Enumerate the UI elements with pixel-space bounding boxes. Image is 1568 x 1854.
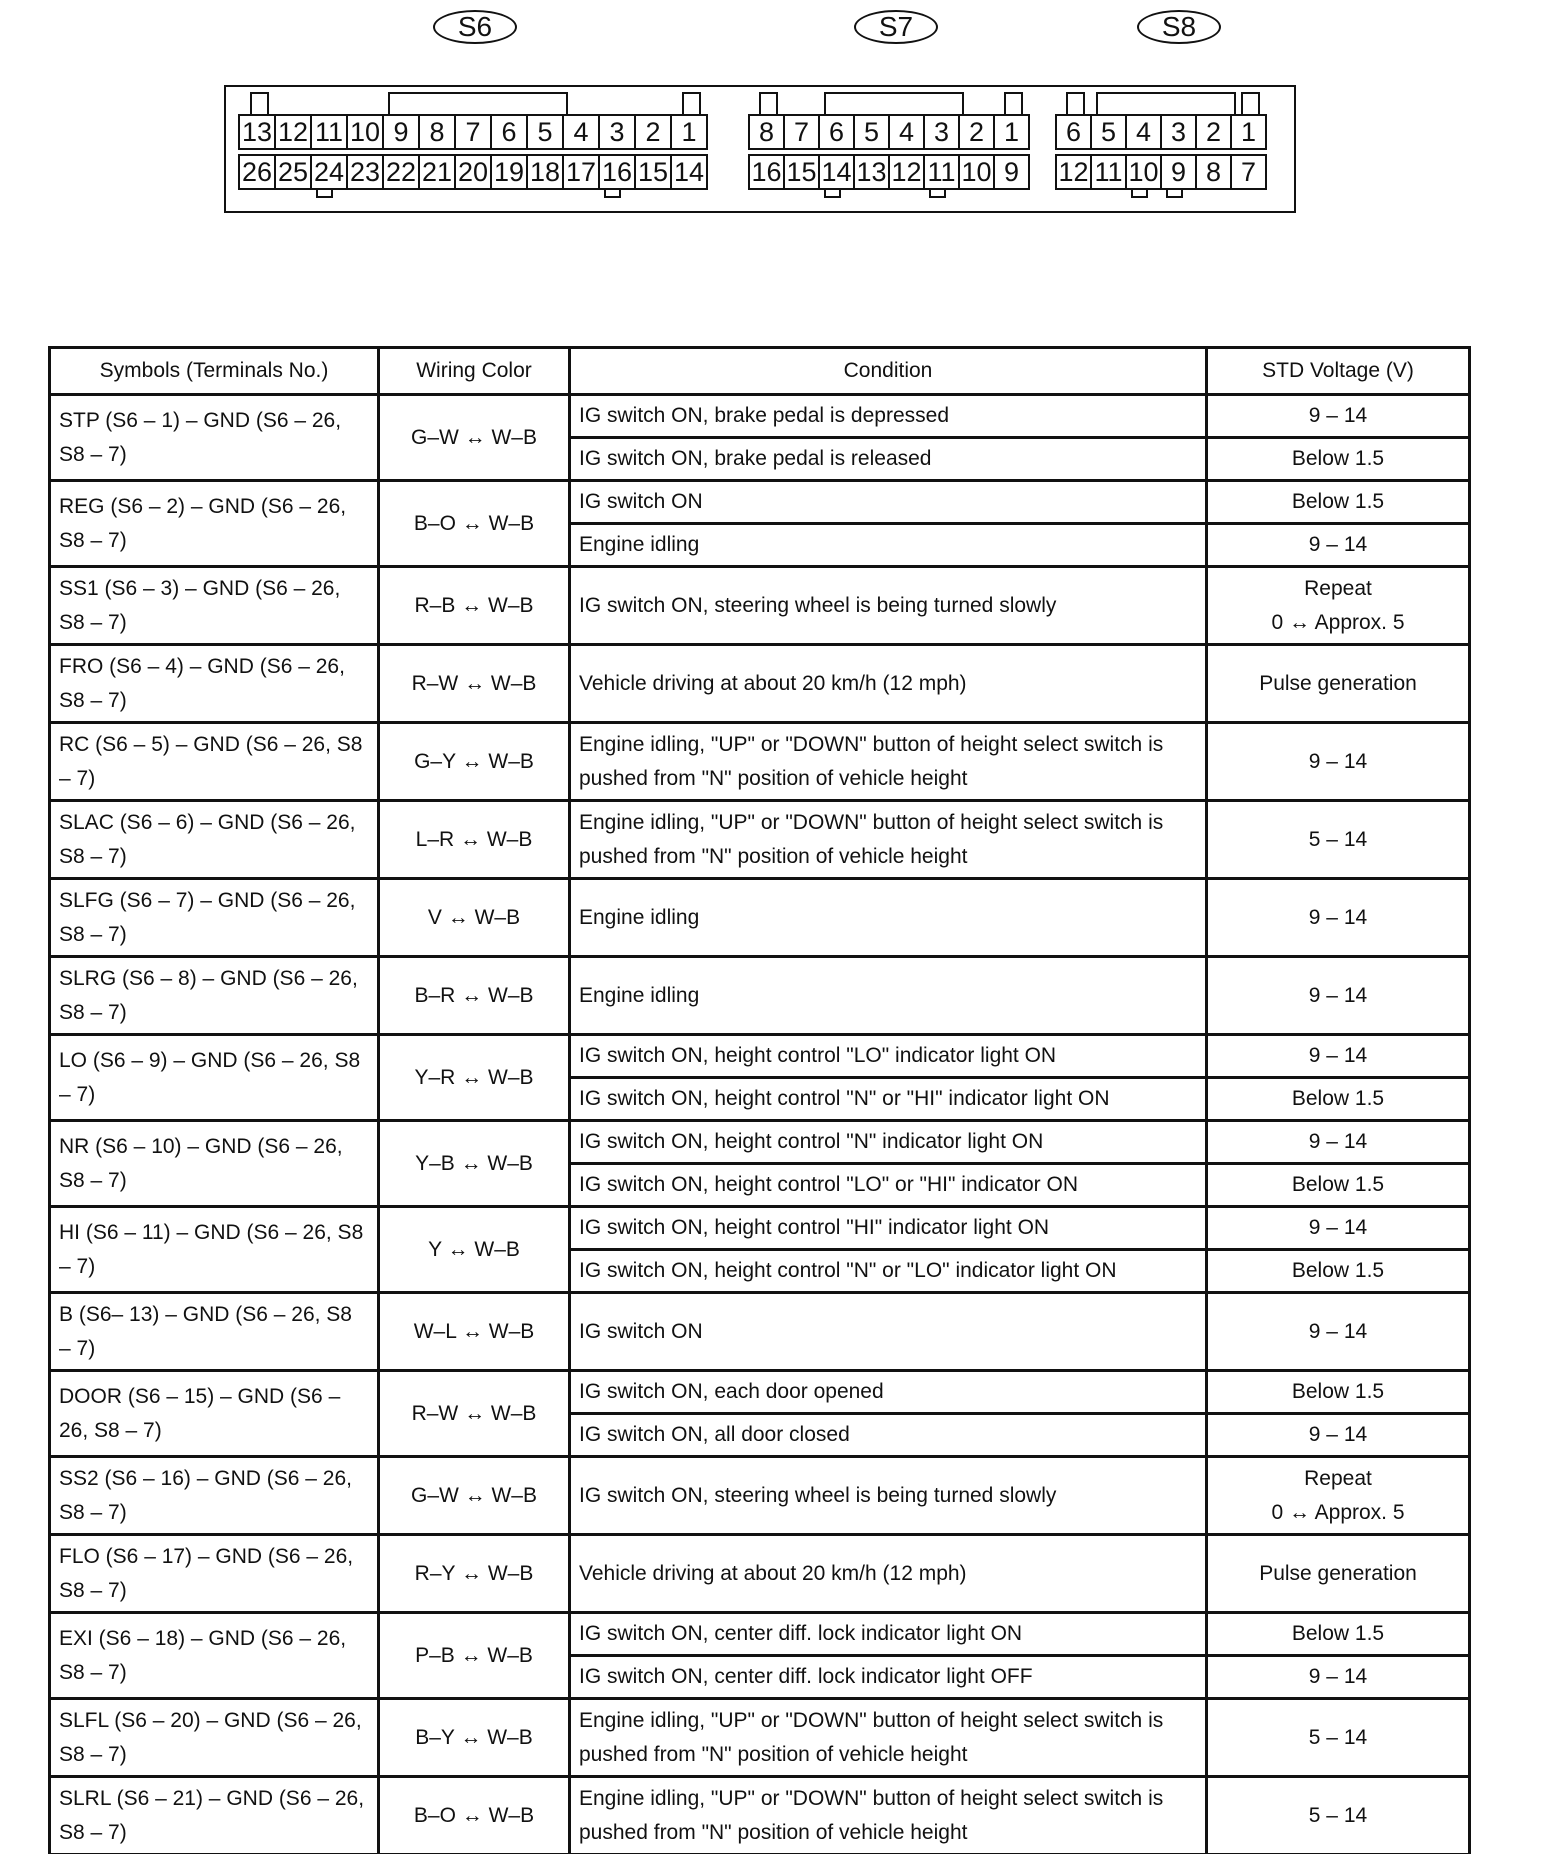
std-voltage-cell: Repeat 0 ↔ Approx. 5 [1207,567,1470,645]
condition-cell: IG switch ON, height control "HI" indica… [570,1207,1207,1250]
condition-cell: IG switch ON, steering wheel is being tu… [570,567,1207,645]
table-row: SLFG (S6 – 7) – GND (S6 – 26, S8 – 7)V ↔… [50,879,1470,957]
std-voltage-cell: 9 – 14 [1207,1656,1470,1699]
wiring-color-cell: G–W ↔ W–B [379,1457,570,1535]
std-voltage-cell: Pulse generation [1207,1535,1470,1613]
terminal-pin: 3 [1160,114,1197,150]
symbol-cell: SLFG (S6 – 7) – GND (S6 – 26, S8 – 7) [50,879,379,957]
std-voltage-cell: 9 – 14 [1207,1121,1470,1164]
latch-tab [682,92,701,114]
terminal-pin: 24 [310,154,348,190]
pin-row-bottom: 161514131211109 [750,154,1030,190]
table-row: SS2 (S6 – 16) – GND (S6 – 26, S8 – 7)G–W… [50,1457,1470,1535]
terminal-pin: 6 [818,114,855,150]
condition-cell: IG switch ON, center diff. lock indicato… [570,1613,1207,1656]
terminal-pin: 12 [274,114,312,150]
wiring-color-cell: Y ↔ W–B [379,1207,570,1293]
table-row: SLRL (S6 – 21) – GND (S6 – 26, S8 – 7)B–… [50,1777,1470,1854]
terminal-pin: 8 [748,114,785,150]
header-symbols: Symbols (Terminals No.) [50,348,379,395]
table-row: NR (S6 – 10) – GND (S6 – 26, S8 – 7)Y–B … [50,1121,1470,1164]
std-voltage-cell: Below 1.5 [1207,1164,1470,1207]
header-condition: Condition [570,348,1207,395]
table-row: SLRG (S6 – 8) – GND (S6 – 26, S8 – 7)B–R… [50,957,1470,1035]
wiring-color-cell: R–W ↔ W–B [379,645,570,723]
std-voltage-cell: 9 – 14 [1207,1414,1470,1457]
terminal-pin: 13 [853,154,890,190]
terminal-pin: 1 [1230,114,1267,150]
symbol-cell: FLO (S6 – 17) – GND (S6 – 26, S8 – 7) [50,1535,379,1613]
condition-cell: Engine idling [570,524,1207,567]
terminal-pin: 10 [346,114,384,150]
std-voltage-cell: 5 – 14 [1207,801,1470,879]
pin-row-bottom: 26252423222120191817161514 [240,154,708,190]
terminal-pin: 14 [670,154,708,190]
latch-tab [250,92,269,114]
symbol-cell: SS2 (S6 – 16) – GND (S6 – 26, S8 – 7) [50,1457,379,1535]
terminal-pin: 7 [1230,154,1267,190]
symbol-cell: SLRL (S6 – 21) – GND (S6 – 26, S8 – 7) [50,1777,379,1854]
table-header-row: Symbols (Terminals No.) Wiring Color Con… [50,348,1470,395]
latch-tab [1066,92,1085,114]
terminal-pin: 23 [346,154,384,190]
terminal-pin: 10 [1125,154,1162,190]
std-voltage-cell: Below 1.5 [1207,1078,1470,1121]
condition-cell: Engine idling, "UP" or "DOWN" button of … [570,1699,1207,1777]
terminal-pin: 21 [418,154,456,190]
std-voltage-cell: Below 1.5 [1207,1613,1470,1656]
condition-cell: Engine idling, "UP" or "DOWN" button of … [570,723,1207,801]
pin-row-top: 87654321 [750,114,1030,150]
table-row: SLAC (S6 – 6) – GND (S6 – 26, S8 – 7)L–R… [50,801,1470,879]
symbol-cell: LO (S6 – 9) – GND (S6 – 26, S8 – 7) [50,1035,379,1121]
std-voltage-cell: Below 1.5 [1207,1250,1470,1293]
table-row: FRO (S6 – 4) – GND (S6 – 26, S8 – 7)R–W … [50,645,1470,723]
terminal-pin: 12 [888,154,925,190]
terminal-pin: 18 [526,154,564,190]
symbol-cell: SLFL (S6 – 20) – GND (S6 – 26, S8 – 7) [50,1699,379,1777]
latch-tab [1166,190,1183,198]
terminal-pin: 7 [454,114,492,150]
pin-row-top: 654321 [1057,114,1267,150]
wiring-color-cell: B–O ↔ W–B [379,481,570,567]
terminal-pin: 9 [993,154,1030,190]
terminal-pin: 15 [634,154,672,190]
terminal-pin: 2 [634,114,672,150]
wiring-color-cell: B–Y ↔ W–B [379,1699,570,1777]
connector-label-s7: S7 [854,10,938,44]
terminal-pin: 3 [598,114,636,150]
latch-tab [824,190,841,198]
wiring-color-cell: Y–B ↔ W–B [379,1121,570,1207]
table-row: EXI (S6 – 18) – GND (S6 – 26, S8 – 7)P–B… [50,1613,1470,1656]
symbol-cell: HI (S6 – 11) – GND (S6 – 26, S8 – 7) [50,1207,379,1293]
std-voltage-cell: 9 – 14 [1207,395,1470,438]
condition-cell: IG switch ON, brake pedal is depressed [570,395,1207,438]
symbol-cell: RC (S6 – 5) – GND (S6 – 26, S8 – 7) [50,723,379,801]
table-row: REG (S6 – 2) – GND (S6 – 26, S8 – 7)B–O … [50,481,1470,524]
terminal-pin: 1 [993,114,1030,150]
connector-label-s8: S8 [1137,10,1221,44]
terminal-pin: 1 [670,114,708,150]
table-row: DOOR (S6 – 15) – GND (S6 – 26, S8 – 7)R–… [50,1371,1470,1414]
symbol-cell: SLRG (S6 – 8) – GND (S6 – 26, S8 – 7) [50,957,379,1035]
symbol-cell: EXI (S6 – 18) – GND (S6 – 26, S8 – 7) [50,1613,379,1699]
condition-cell: IG switch ON, center diff. lock indicato… [570,1656,1207,1699]
wiring-color-cell: R–Y ↔ W–B [379,1535,570,1613]
terminal-pin: 25 [274,154,312,190]
std-voltage-cell: Below 1.5 [1207,438,1470,481]
latch-tab [1004,92,1023,114]
std-voltage-cell: 5 – 14 [1207,1777,1470,1854]
header-std-voltage: STD Voltage (V) [1207,348,1470,395]
symbol-cell: B (S6– 13) – GND (S6 – 26, S8 – 7) [50,1293,379,1371]
wiring-color-cell: L–R ↔ W–B [379,801,570,879]
wiring-color-cell: P–B ↔ W–B [379,1613,570,1699]
terminal-pin: 2 [1195,114,1232,150]
terminal-pin: 4 [888,114,925,150]
wiring-color-cell: Y–R ↔ W–B [379,1035,570,1121]
table-row: HI (S6 – 11) – GND (S6 – 26, S8 – 7)Y ↔ … [50,1207,1470,1250]
std-voltage-cell: 9 – 14 [1207,1293,1470,1371]
table-row: SLFL (S6 – 20) – GND (S6 – 26, S8 – 7)B–… [50,1699,1470,1777]
condition-cell: Vehicle driving at about 20 km/h (12 mph… [570,1535,1207,1613]
terminal-pin: 16 [748,154,785,190]
header-wiring-color: Wiring Color [379,348,570,395]
wiring-color-cell: G–W ↔ W–B [379,395,570,481]
std-voltage-cell: 9 – 14 [1207,1035,1470,1078]
symbol-cell: DOOR (S6 – 15) – GND (S6 – 26, S8 – 7) [50,1371,379,1457]
symbol-cell: SS1 (S6 – 3) – GND (S6 – 26, S8 – 7) [50,567,379,645]
terminal-pin: 5 [1090,114,1127,150]
terminal-pin: 12 [1055,154,1092,190]
key-guide [824,92,964,114]
latch-tab [604,190,621,198]
terminal-pin: 14 [818,154,855,190]
terminal-pin: 4 [562,114,600,150]
wiring-color-cell: R–B ↔ W–B [379,567,570,645]
std-voltage-cell: 9 – 14 [1207,957,1470,1035]
latch-tab [1241,92,1260,114]
terminal-pin: 11 [923,154,960,190]
condition-cell: IG switch ON, height control "N" or "HI"… [570,1078,1207,1121]
std-voltage-cell: 9 – 14 [1207,879,1470,957]
condition-cell: Engine idling, "UP" or "DOWN" button of … [570,1777,1207,1854]
wiring-color-cell: R–W ↔ W–B [379,1371,570,1457]
terminal-pin: 3 [923,114,960,150]
condition-cell: Engine idling [570,879,1207,957]
terminal-voltage-table: Symbols (Terminals No.) Wiring Color Con… [48,346,1471,1854]
latch-tab [929,190,946,198]
symbol-cell: NR (S6 – 10) – GND (S6 – 26, S8 – 7) [50,1121,379,1207]
terminal-pin: 5 [853,114,890,150]
latch-tab [759,92,778,114]
key-guide [388,92,568,114]
terminal-pin: 9 [1160,154,1197,190]
wiring-color-cell: B–O ↔ W–B [379,1777,570,1854]
terminal-pin: 7 [783,114,820,150]
condition-cell: Vehicle driving at about 20 km/h (12 mph… [570,645,1207,723]
table-row: FLO (S6 – 17) – GND (S6 – 26, S8 – 7)R–Y… [50,1535,1470,1613]
condition-cell: IG switch ON, height control "LO" or "HI… [570,1164,1207,1207]
table-row: RC (S6 – 5) – GND (S6 – 26, S8 – 7)G–Y ↔… [50,723,1470,801]
wiring-color-cell: V ↔ W–B [379,879,570,957]
pin-row-top: 13121110987654321 [240,114,708,150]
condition-cell: IG switch ON, all door closed [570,1414,1207,1457]
terminal-pin: 6 [490,114,528,150]
terminal-pin: 26 [238,154,276,190]
latch-tab [316,190,333,198]
table-row: STP (S6 – 1) – GND (S6 – 26, S8 – 7)G–W … [50,395,1470,438]
table-row: LO (S6 – 9) – GND (S6 – 26, S8 – 7)Y–R ↔… [50,1035,1470,1078]
terminal-pin: 8 [1195,154,1232,190]
std-voltage-cell: 9 – 14 [1207,524,1470,567]
terminal-pin: 15 [783,154,820,190]
terminal-pin: 20 [454,154,492,190]
terminal-pin: 17 [562,154,600,190]
symbol-cell: SLAC (S6 – 6) – GND (S6 – 26, S8 – 7) [50,801,379,879]
std-voltage-cell: Pulse generation [1207,645,1470,723]
connector-label-s6: S6 [433,10,517,44]
pin-row-bottom: 121110987 [1057,154,1267,190]
condition-cell: IG switch ON [570,481,1207,524]
table-row: B (S6– 13) – GND (S6 – 26, S8 – 7)W–L ↔ … [50,1293,1470,1371]
terminal-pin: 19 [490,154,528,190]
terminal-pin: 8 [418,114,456,150]
terminal-pin: 22 [382,154,420,190]
wiring-color-cell: G–Y ↔ W–B [379,723,570,801]
std-voltage-cell: Repeat 0 ↔ Approx. 5 [1207,1457,1470,1535]
terminal-pin: 9 [382,114,420,150]
terminal-pin: 5 [526,114,564,150]
terminal-pin: 13 [238,114,276,150]
symbol-cell: STP (S6 – 1) – GND (S6 – 26, S8 – 7) [50,395,379,481]
symbol-cell: REG (S6 – 2) – GND (S6 – 26, S8 – 7) [50,481,379,567]
condition-cell: Engine idling [570,957,1207,1035]
terminal-pin: 2 [958,114,995,150]
terminal-pin: 10 [958,154,995,190]
symbol-cell: FRO (S6 – 4) – GND (S6 – 26, S8 – 7) [50,645,379,723]
wiring-color-cell: W–L ↔ W–B [379,1293,570,1371]
terminal-pin: 11 [1090,154,1127,190]
condition-cell: IG switch ON, steering wheel is being tu… [570,1457,1207,1535]
std-voltage-cell: 9 – 14 [1207,1207,1470,1250]
latch-tab [1131,190,1148,198]
std-voltage-cell: Below 1.5 [1207,481,1470,524]
std-voltage-cell: Below 1.5 [1207,1371,1470,1414]
condition-cell: Engine idling, "UP" or "DOWN" button of … [570,801,1207,879]
condition-cell: IG switch ON, each door opened [570,1371,1207,1414]
key-guide [1096,92,1236,114]
terminal-pin: 6 [1055,114,1092,150]
condition-cell: IG switch ON, brake pedal is released [570,438,1207,481]
table-row: SS1 (S6 – 3) – GND (S6 – 26, S8 – 7)R–B … [50,567,1470,645]
condition-cell: IG switch ON [570,1293,1207,1371]
wiring-color-cell: B–R ↔ W–B [379,957,570,1035]
condition-cell: IG switch ON, height control "N" or "LO"… [570,1250,1207,1293]
condition-cell: IG switch ON, height control "LO" indica… [570,1035,1207,1078]
std-voltage-cell: 9 – 14 [1207,723,1470,801]
terminal-pin: 11 [310,114,348,150]
std-voltage-cell: 5 – 14 [1207,1699,1470,1777]
condition-cell: IG switch ON, height control "N" indicat… [570,1121,1207,1164]
terminal-pin: 16 [598,154,636,190]
terminal-pin: 4 [1125,114,1162,150]
